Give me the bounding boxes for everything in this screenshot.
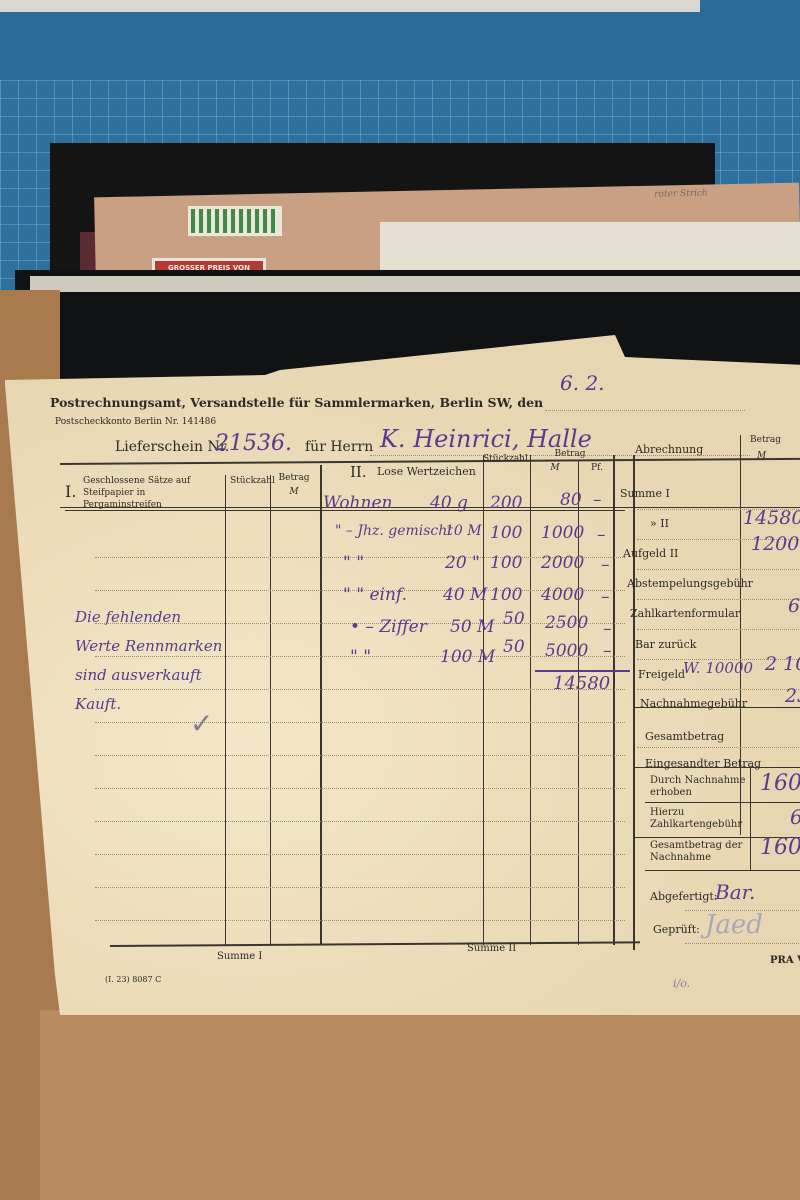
row-qty: 100 bbox=[490, 553, 522, 573]
settlement-label: Gesamtbetrag bbox=[645, 730, 724, 743]
section-two-amount-header: Betrag bbox=[530, 449, 610, 459]
row-value: 10 M bbox=[445, 523, 482, 539]
note-line: Werte Rennmarken bbox=[75, 632, 222, 661]
envelope-note: roter Strich bbox=[654, 189, 708, 200]
date: 6. 2. bbox=[560, 371, 605, 395]
settlement-value: 2 10 bbox=[765, 653, 800, 675]
checked-label: Geprüft: bbox=[653, 923, 700, 936]
unit-label: M bbox=[271, 487, 317, 497]
unit-label: M bbox=[757, 451, 766, 461]
row-value: 40 g bbox=[430, 493, 468, 513]
section-one-title: Geschlossene Sätze auf Steifpapier in Pe… bbox=[83, 475, 223, 511]
settlement-label: Bar zurück bbox=[635, 638, 696, 651]
section-two-qty-header: Stückzahl bbox=[483, 453, 523, 465]
settlement-value: 6 bbox=[790, 805, 800, 829]
section-one-qty-header: Stückzahl bbox=[230, 475, 268, 487]
row-item: " " einf. bbox=[343, 585, 407, 605]
stockbook-edge bbox=[30, 276, 800, 292]
row-qty: 50 bbox=[503, 637, 525, 657]
row-qty: 100 bbox=[490, 585, 522, 605]
row-pf: – bbox=[603, 641, 612, 661]
settlement-label: » II bbox=[650, 517, 669, 530]
row-qty: 100 bbox=[490, 523, 522, 543]
row-item: " " bbox=[350, 647, 371, 667]
pencil-mark: i/o. bbox=[673, 977, 690, 990]
row-item: " " bbox=[343, 553, 364, 573]
cardboard bbox=[40, 1010, 800, 1200]
dispatched-label: Abgefertigt: bbox=[650, 890, 717, 903]
delivery-note-number: 21536. bbox=[215, 431, 292, 456]
sum-one-label: Summe I bbox=[217, 951, 262, 962]
section-one-amount-header: Betrag bbox=[271, 473, 317, 483]
settlement-amount-header: Betrag bbox=[750, 435, 781, 445]
settlement-label: Aufgeld II bbox=[623, 547, 678, 560]
settlement-label: Zahlkartenformular bbox=[630, 607, 740, 620]
section-two-total: 14580 bbox=[553, 673, 610, 694]
dispatched-signature: Bar. bbox=[715, 880, 755, 904]
row-item: • – Ziffer bbox=[350, 617, 427, 637]
recipient-label: für Herrn bbox=[305, 439, 373, 455]
settlement-label: Freigeld bbox=[638, 668, 685, 681]
unit-label: Pf. bbox=[585, 463, 609, 473]
settlement-note: W. 10000 bbox=[683, 659, 753, 677]
settlement-value: 1200 bbox=[751, 533, 799, 555]
section-one-roman: I. bbox=[65, 482, 76, 501]
delivery-note-document: Postrechnungsamt, Versandstelle für Samm… bbox=[5, 335, 800, 1015]
settlement-label: Hierzu Zahlkartengebühr bbox=[650, 807, 750, 831]
row-amount: 2000 bbox=[541, 553, 584, 573]
settlement-label: Nachnahmegebühr bbox=[640, 697, 747, 710]
row-value: 20 " bbox=[445, 553, 480, 573]
row-value: 100 M bbox=[440, 647, 495, 667]
delivery-note-label: Lieferschein Nr. bbox=[115, 439, 229, 455]
sum-two-label: Summe II bbox=[467, 943, 516, 954]
row-item: Wohnen bbox=[323, 493, 392, 513]
row-item: " – Jhz. gemischt bbox=[335, 523, 453, 539]
settlement-label: Abstempelungsgebühr bbox=[627, 577, 753, 590]
row-pf: – bbox=[601, 587, 610, 607]
settlement-value: 1608 bbox=[760, 835, 800, 860]
section-two-roman: II. bbox=[350, 463, 367, 481]
issuer-line: Postrechnungsamt, Versandstelle für Samm… bbox=[50, 395, 543, 410]
section-one-note: Die fehlenden Werte Rennmarken sind ausv… bbox=[75, 603, 222, 719]
settlement-title: Abrechnung bbox=[635, 443, 703, 456]
row-pf: – bbox=[601, 555, 610, 575]
row-amount: 2500 bbox=[545, 613, 588, 633]
row-pf: – bbox=[597, 525, 606, 545]
settlement-value: 6 bbox=[788, 595, 800, 617]
row-amount: 5000 bbox=[545, 641, 588, 661]
section-two-title: Lose Wertzeichen bbox=[377, 465, 476, 478]
row-qty: 50 bbox=[503, 609, 525, 629]
row-pf: – bbox=[593, 490, 602, 510]
row-qty: 200 bbox=[490, 493, 522, 513]
settlement-value: 1602 bbox=[760, 771, 800, 796]
stamp-green bbox=[188, 206, 282, 236]
note-line: sind ausverkauft bbox=[75, 661, 222, 690]
settlement-value: 23 bbox=[785, 685, 800, 707]
row-amount: 4000 bbox=[541, 585, 584, 605]
printer-mark: PRA V bbox=[770, 955, 800, 966]
check-mark-icon: ✓ bbox=[190, 707, 213, 740]
settlement-label: Durch Nachnahme erhoben bbox=[650, 775, 750, 799]
settlement-label: Eingesandter Betrag bbox=[645, 757, 761, 770]
row-pf: – bbox=[603, 619, 612, 639]
mat-top bbox=[0, 0, 800, 80]
settlement-label: Summe I bbox=[620, 487, 670, 500]
row-amount: 1000 bbox=[541, 523, 584, 543]
settlement-value: 14580 bbox=[743, 507, 800, 529]
paper-edge bbox=[0, 0, 700, 12]
unit-label: M bbox=[535, 463, 575, 473]
note-line: Die fehlenden bbox=[75, 603, 222, 632]
checked-signature: Jaed bbox=[705, 910, 763, 940]
account-number: Postscheckkonto Berlin Nr. 141486 bbox=[55, 417, 216, 427]
row-value: 50 M bbox=[450, 617, 494, 637]
row-value: 40 M bbox=[443, 585, 487, 605]
form-code: (I. 23) 8087 C bbox=[105, 975, 161, 984]
settlement-label: Gesamtbetrag der Nachnahme bbox=[650, 840, 750, 864]
row-amount: 80 bbox=[560, 490, 582, 510]
